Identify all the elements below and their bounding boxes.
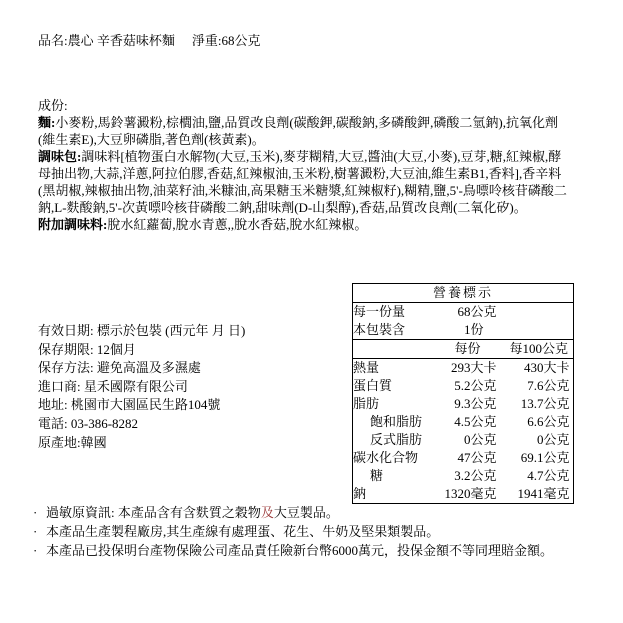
ingredient-text: 調味料[植物蛋白水解物(大豆,玉米),麥芽糊精,大豆,醬油(大豆,小麥),豆芽,…	[81, 149, 561, 164]
table-row-trans-fat: 反式脂肪 0 公克 0 公克	[353, 431, 574, 449]
product-name: 品名:農心 辛香菇味杯麵	[38, 30, 175, 49]
ingredients-section: 成份: 麵:小麥粉,馬鈴薯澱粉,棕櫚油,鹽,品質改良劑(碳酸鉀,碳酸鈉,多磷酸鉀…	[38, 97, 567, 233]
per-serving-header: 每份	[431, 340, 505, 359]
allergen-text-pre: 過敏原資訊: 本產品含有含麩質之穀物	[46, 505, 261, 520]
ingredient-line: 母抽出物,大蒜,洋蔥,阿拉伯膠,香菇,紅辣椒油,玉米粉,樹薯澱粉,大豆油,維生素…	[38, 165, 567, 182]
nutrition-title-row: 營養標示	[353, 284, 574, 303]
table-row-carbohydrate: 碳水化合物 47 公克 69.1 公克	[353, 449, 574, 467]
bullet-dot: ·	[33, 522, 46, 541]
notice-production-line: ·本產品生產製程廠房,其生產線有處理蛋、花生、牛奶及堅果類製品。	[33, 522, 553, 541]
column-header-row: 每份 每100公克	[353, 340, 574, 359]
allergen-highlight: 及	[261, 505, 274, 520]
bullet-dot: ·	[33, 541, 46, 560]
table-row-saturated-fat: 飽和脂肪 4.5 公克 6.6 公克	[353, 413, 574, 431]
notice-text: 本產品已投保明台產物保險公司產品責任險新台幣6000萬元，投保金額不等同理賠金額…	[46, 543, 553, 558]
notice-insurance: ·本產品已投保明台產物保險公司產品責任險新台幣6000萬元，投保金額不等同理賠金…	[33, 541, 553, 560]
table-row-protein: 蛋白質 5.2 公克 7.6 公克	[353, 377, 574, 395]
servings-per-pack-row: 本包裝含 1 份	[353, 321, 574, 340]
ingredient-text: (黑胡椒,辣椒抽出物,油菜籽油,米糠油,高果糖玉米糖漿,紅辣椒籽),糊精,鹽,5…	[38, 183, 567, 198]
table-row-fat: 脂肪 9.3 公克 13.7 公克	[353, 395, 574, 413]
serving-size-row: 每一份量 68 公克	[353, 303, 574, 322]
table-row-sodium: 鈉 1320 毫克 1941 毫克	[353, 485, 574, 504]
ingredient-label: 附加調味料:	[38, 217, 107, 232]
ingredient-text: 母抽出物,大蒜,洋蔥,阿拉伯膠,香菇,紅辣椒油,玉米粉,樹薯澱粉,大豆油,維生素…	[38, 166, 561, 181]
info-line-importer: 進口商: 星禾國際有限公司	[38, 378, 245, 397]
serving-size-value: 68	[431, 303, 471, 322]
ingredient-line: (維生素E),大豆卵磷脂,著色劑(核黃素)。	[38, 131, 567, 148]
servings-per-pack-label: 本包裝含	[353, 321, 431, 340]
table-row-sugar: 糖 3.2 公克 4.7 公克	[353, 467, 574, 485]
ingredient-label: 調味包:	[38, 149, 81, 164]
ingredients-heading: 成份:	[38, 97, 567, 114]
ingredient-text: 小麥粉,馬鈴薯澱粉,棕櫚油,鹽,品質改良劑(碳酸鉀,碳酸鈉,多磷酸鉀,磷酸二氫鈉…	[55, 115, 558, 130]
ingredient-label: 麵:	[38, 115, 55, 130]
info-line-shelf-life: 保存期限: 12個月	[38, 341, 245, 360]
notices-section: ·過敏原資訊: 本產品含有含麩質之穀物及大豆製品。 ·本產品生產製程廠房,其生產…	[33, 503, 553, 560]
notice-text: 本產品生產製程廠房,其生產線有處理蛋、花生、牛奶及堅果類製品。	[46, 524, 439, 539]
net-weight: 淨重:68公克	[192, 30, 261, 49]
serving-size-unit: 公克	[471, 303, 505, 322]
table-row-calories: 熱量 293 大卡 430 大卡	[353, 359, 574, 378]
info-line-expiry-date: 有效日期: 標示於包裝 (西元年 月 日)	[38, 322, 245, 341]
info-line-storage: 保存方法: 避免高溫及多濕處	[38, 359, 245, 378]
ingredient-line: 附加調味料:脫水紅蘿蔔,脫水青蔥,,脫水香菇,脫水紅辣椒。	[38, 216, 567, 233]
ingredient-text: 脫水紅蘿蔔,脫水青蔥,,脫水香菇,脫水紅辣椒。	[107, 217, 367, 232]
notice-allergen: ·過敏原資訊: 本產品含有含麩質之穀物及大豆製品。	[33, 503, 553, 522]
serving-size-label: 每一份量	[353, 303, 431, 322]
allergen-text-post: 大豆製品。	[274, 505, 339, 520]
info-line-address: 地址: 桃園市大園區民生路104號	[38, 396, 245, 415]
nutrition-table: 營養標示 每一份量 68 公克 本包裝含 1 份 每份 每100公克 熱量 29…	[352, 283, 574, 504]
product-title-row: 品名:農心 辛香菇味杯麵 淨重:68公克	[38, 30, 261, 49]
nutrition-title: 營養標示	[353, 284, 574, 303]
info-line-phone: 電話: 03-386-8282	[38, 415, 245, 434]
ingredient-text: (維生素E),大豆卵磷脂,著色劑(核黃素)。	[38, 132, 265, 147]
ingredient-line: 鈉,L-麩酸鈉,5'-次黃嘌呤核苷磷酸二鈉,甜味劑(D-山梨醇),香菇,品質改良…	[38, 199, 567, 216]
ingredient-line: 調味包:調味料[植物蛋白水解物(大豆,玉米),麥芽糊精,大豆,醬油(大豆,小麥)…	[38, 148, 567, 165]
servings-per-pack-value: 1	[431, 321, 471, 340]
ingredient-line: (黑胡椒,辣椒抽出物,油菜籽油,米糠油,高果糖玉米糖漿,紅辣椒籽),糊精,鹽,5…	[38, 182, 567, 199]
product-info-section: 有效日期: 標示於包裝 (西元年 月 日) 保存期限: 12個月 保存方法: 避…	[38, 322, 245, 452]
ingredient-line: 麵:小麥粉,馬鈴薯澱粉,棕櫚油,鹽,品質改良劑(碳酸鉀,碳酸鈉,多磷酸鉀,磷酸二…	[38, 114, 567, 131]
ingredient-text: 鈉,L-麩酸鈉,5'-次黃嘌呤核苷磷酸二鈉,甜味劑(D-山梨醇),香菇,品質改良…	[38, 200, 527, 215]
info-line-origin: 原產地:韓國	[38, 434, 245, 453]
bullet-dot: ·	[33, 503, 46, 522]
servings-per-pack-unit: 份	[471, 321, 505, 340]
per-100g-header: 每100公克	[505, 340, 574, 359]
